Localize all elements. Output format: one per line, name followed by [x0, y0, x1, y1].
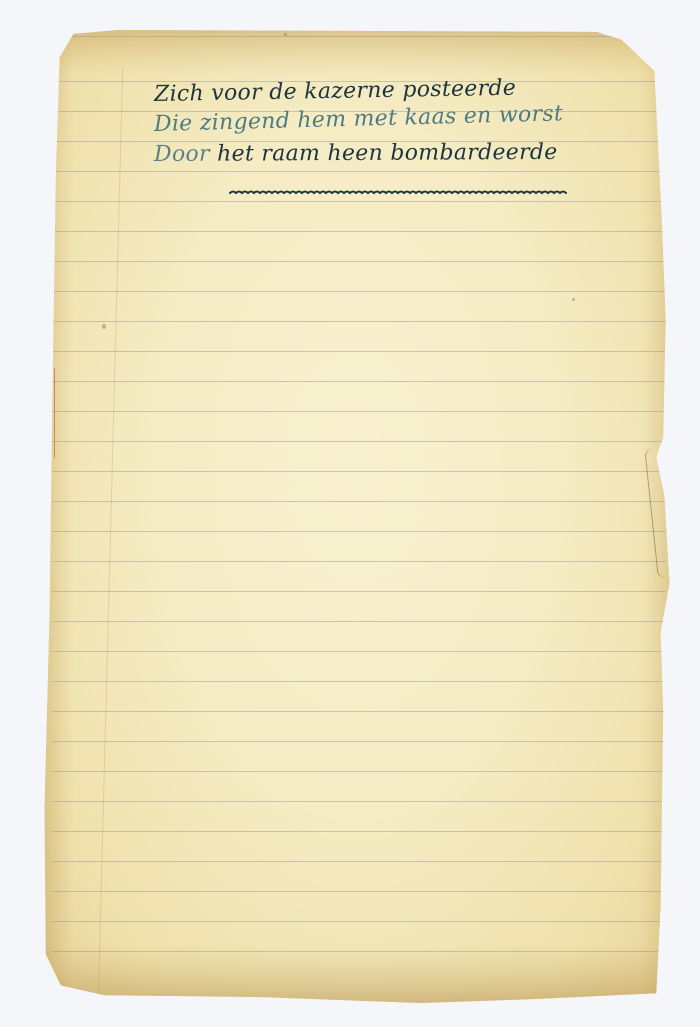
stain-spot: [572, 298, 575, 301]
edge-tear: [644, 447, 674, 578]
wavy-underline: [228, 188, 568, 202]
poem-line-3-faded: Door: [154, 142, 217, 167]
page-crease: [40, 68, 123, 998]
handwritten-poem: Zich voor de kazerne posteerde Die zinge…: [154, 80, 563, 170]
stain-spot: [284, 33, 287, 36]
poem-line-3-dark: het raam heen bombardeerde: [217, 140, 558, 167]
notebook-page: Zich voor de kazerne posteerde Die zinge…: [42, 28, 672, 1003]
scan-background: Zich voor de kazerne posteerde Die zinge…: [0, 0, 700, 1027]
stain-spot: [102, 324, 106, 329]
poem-line-3: Door het raam heen bombardeerde: [154, 138, 563, 170]
